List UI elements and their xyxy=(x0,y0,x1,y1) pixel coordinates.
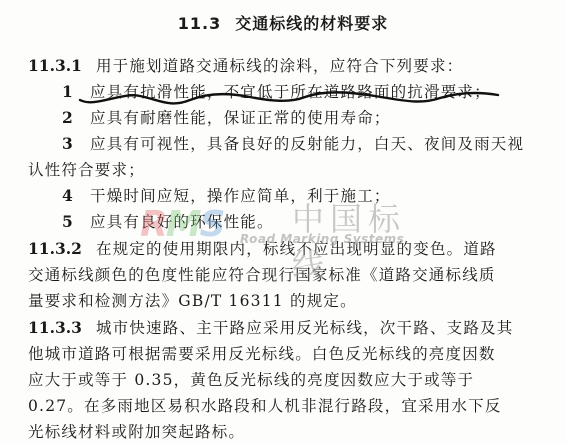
clause-11-3-3-line-2: 他城市道路可根据需要采用反光标线。白色反光标线的亮度因数 xyxy=(28,342,496,364)
clause-11-3-3: 11.3.3城市快速路、主干路应采用反光标线，次干路、支路及其 xyxy=(28,316,513,338)
item-text: 认性符合要求； xyxy=(28,161,145,179)
list-item-5: 5应具有良好的环保性能。 xyxy=(62,210,274,232)
list-item-4: 4干燥时间应短，操作应简单，利于施工； xyxy=(62,184,391,206)
clause-text: 城市快速路、主干路应采用反光标线，次干路、支路及其 xyxy=(96,319,514,337)
heading-title: 交通标线的材料要求 xyxy=(235,14,388,33)
item-number: 3 xyxy=(62,134,74,153)
item-number: 1 xyxy=(62,82,74,101)
clause-text: 光标线材料或附加突起路标。 xyxy=(28,423,245,441)
list-item-1: 1应具有抗滑性能，不宜低于所在道路路面的抗滑要求； xyxy=(62,80,491,102)
clause-11-3-2: 11.3.2在规定的使用期限内，标线不应出现明显的变色。道路 xyxy=(28,237,497,259)
list-item-3-continuation: 认性符合要求； xyxy=(28,158,145,180)
clause-text: 应大于或等于 0.35，黄色反光标线的亮度因数应大于或等于 xyxy=(28,371,474,389)
clause-11-3-3-line-3: 应大于或等于 0.35，黄色反光标线的亮度因数应大于或等于 xyxy=(28,368,474,390)
clause-11-3-2-line-2: 交通标线颜色的色度性能应符合现行国家标准《道路交通标线质 xyxy=(28,263,496,285)
list-item-3: 3应具有可视性，具备良好的反射能力，白天、夜间及雨天视 xyxy=(62,132,524,154)
item-text: 干燥时间应短，操作应简单，利于施工； xyxy=(90,187,391,205)
item-text: 应具有抗滑性能，不宜低于所在道路路面的抗滑要求； xyxy=(90,83,491,101)
item-number: 2 xyxy=(62,108,74,127)
item-text: 应具有良好的环保性能。 xyxy=(90,213,274,231)
item-number: 5 xyxy=(62,212,74,231)
document-page: 11.3交通标线的材料要求 11.3.1用于施划道路交通标线的涂料，应符合下列要… xyxy=(0,0,566,444)
clause-text: 在规定的使用期限内，标线不应出现明显的变色。道路 xyxy=(96,240,497,258)
clause-text: 0.27。在多雨地区易积水路段和人机非混行路段，宜采用水下反 xyxy=(28,397,502,415)
clause-number: 11.3.3 xyxy=(28,318,82,337)
item-text: 应具有耐磨性能，保证正常的使用寿命； xyxy=(90,109,391,127)
clause-text: 用于施划道路交通标线的涂料，应符合下列要求： xyxy=(96,57,463,75)
clause-text: 交通标线颜色的色度性能应符合现行国家标准《道路交通标线质 xyxy=(28,266,496,284)
clause-11-3-3-line-5: 光标线材料或附加突起路标。 xyxy=(28,420,245,442)
item-text: 应具有可视性，具备良好的反射能力，白天、夜间及雨天视 xyxy=(90,135,524,153)
section-heading: 11.3交通标线的材料要求 xyxy=(0,11,566,34)
heading-number: 11.3 xyxy=(178,14,221,33)
clause-11-3-1: 11.3.1用于施划道路交通标线的涂料，应符合下列要求： xyxy=(28,54,463,76)
clause-number: 11.3.1 xyxy=(28,56,82,75)
clause-11-3-2-line-3: 量要求和检测方法》GB/T 16311 的规定。 xyxy=(28,289,357,311)
clause-number: 11.3.2 xyxy=(28,239,82,258)
clause-text: 他城市道路可根据需要采用反光标线。白色反光标线的亮度因数 xyxy=(28,345,496,363)
clause-text: 量要求和检测方法》GB/T 16311 的规定。 xyxy=(28,292,357,310)
clause-11-3-3-line-4: 0.27。在多雨地区易积水路段和人机非混行路段，宜采用水下反 xyxy=(28,394,502,416)
list-item-2: 2应具有耐磨性能，保证正常的使用寿命； xyxy=(62,106,391,128)
item-number: 4 xyxy=(62,186,74,205)
